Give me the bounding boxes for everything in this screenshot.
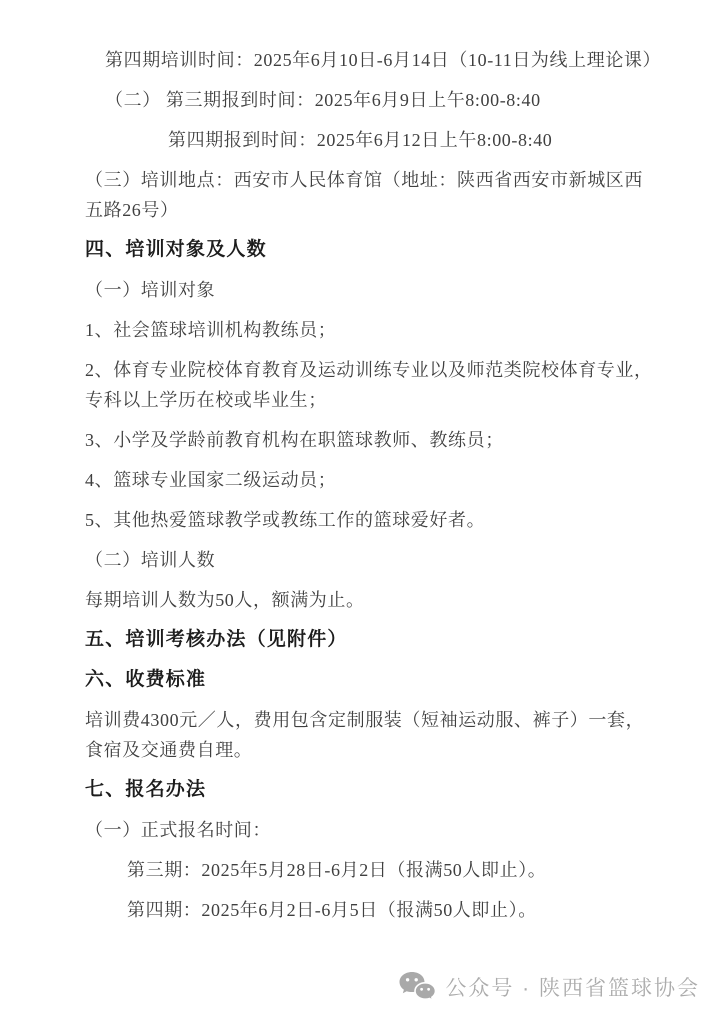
section-heading-7-registration: 七、报名办法	[85, 775, 645, 805]
paragraph-target-item-5: 5、其他热爱篮球教学或教练工作的篮球爱好者。	[85, 505, 645, 535]
doc-line: （二） 第三期报到时间：2025年6月9日上午8:00-8:40	[85, 85, 645, 115]
doc-line: （一）正式报名时间：	[85, 815, 645, 845]
doc-line: 培训费4300元／人，费用包含定制服装（短袖运动服、裤子）一套，	[85, 705, 645, 735]
document-body: 第四期培训时间：2025年6月10日-6月14日（10-11日为线上理论课） （…	[85, 45, 645, 935]
paragraph-subheading-targets: （一）培训对象	[85, 275, 645, 305]
doc-line: 专科以上学历在校或毕业生；	[85, 385, 645, 415]
doc-line: 第三期：2025年5月28日-6月2日（报满50人即止）。	[85, 855, 645, 885]
heading-text: 七、报名办法	[85, 775, 645, 805]
paragraph-session3-registration: 第三期：2025年5月28日-6月2日（报满50人即止）。	[85, 855, 645, 885]
wechat-account-label: 公众号 · 陕西省篮球协会	[445, 972, 700, 1002]
heading-text: 六、收费标准	[85, 665, 645, 695]
section-heading-4-targets: 四、培训对象及人数	[85, 235, 645, 265]
doc-line: 每期培训人数为50人，额满为止。	[85, 585, 645, 615]
section-heading-5-assessment: 五、培训考核办法（见附件）	[85, 625, 645, 655]
paragraph-session4-registration: 第四期：2025年6月2日-6月5日（报满50人即止）。	[85, 895, 645, 925]
doc-line: 食宿及交通费自理。	[85, 735, 645, 765]
paragraph-fee-details: 培训费4300元／人，费用包含定制服装（短袖运动服、裤子）一套， 食宿及交通费自…	[85, 705, 645, 765]
paragraph-registration-time-label: （一）正式报名时间：	[85, 815, 645, 845]
paragraph-session4-checkin-time: 第四期报到时间：2025年6月12日上午8:00-8:40	[85, 125, 645, 155]
section-heading-6-fees: 六、收费标准	[85, 665, 645, 695]
doc-line: 五路26号）	[85, 195, 645, 225]
doc-line: 2、体育专业院校体育教育及运动训练专业以及师范类院校体育专业，	[85, 355, 645, 385]
doc-line: 5、其他热爱篮球教学或教练工作的篮球爱好者。	[85, 505, 645, 535]
paragraph-target-item-3: 3、小学及学龄前教育机构在职篮球教师、教练员；	[85, 425, 645, 455]
paragraph-target-item-1: 1、社会篮球培训机构教练员；	[85, 315, 645, 345]
heading-text: 四、培训对象及人数	[85, 235, 645, 265]
paragraph-session3-checkin-time: （二） 第三期报到时间：2025年6月9日上午8:00-8:40	[85, 85, 645, 115]
doc-line: 3、小学及学龄前教育机构在职篮球教师、教练员；	[85, 425, 645, 455]
doc-line: （三）培训地点：西安市人民体育馆（地址：陕西省西安市新城区西	[85, 165, 645, 195]
wechat-watermark: 公众号 · 陕西省篮球协会	[398, 971, 700, 1003]
heading-text: 五、培训考核办法（见附件）	[85, 625, 645, 655]
paragraph-target-item-2: 2、体育专业院校体育教育及运动训练专业以及师范类院校体育专业， 专科以上学历在校…	[85, 355, 645, 415]
doc-line: 1、社会篮球培训机构教练员；	[85, 315, 645, 345]
doc-line: 第四期培训时间：2025年6月10日-6月14日（10-11日为线上理论课）	[85, 45, 645, 75]
doc-line: 第四期报到时间：2025年6月12日上午8:00-8:40	[85, 125, 645, 155]
doc-line: （二）培训人数	[85, 545, 645, 575]
doc-line: 第四期：2025年6月2日-6月5日（报满50人即止）。	[85, 895, 645, 925]
paragraph-session4-training-time: 第四期培训时间：2025年6月10日-6月14日（10-11日为线上理论课）	[85, 45, 645, 75]
paragraph-training-location: （三）培训地点：西安市人民体育馆（地址：陕西省西安市新城区西 五路26号）	[85, 165, 645, 225]
paragraph-target-item-4: 4、篮球专业国家二级运动员；	[85, 465, 645, 495]
paragraph-subheading-headcount: （二）培训人数	[85, 545, 645, 575]
paragraph-headcount-limit: 每期培训人数为50人，额满为止。	[85, 585, 645, 615]
doc-line: （一）培训对象	[85, 275, 645, 305]
wechat-icon	[398, 971, 436, 1003]
doc-line: 4、篮球专业国家二级运动员；	[85, 465, 645, 495]
